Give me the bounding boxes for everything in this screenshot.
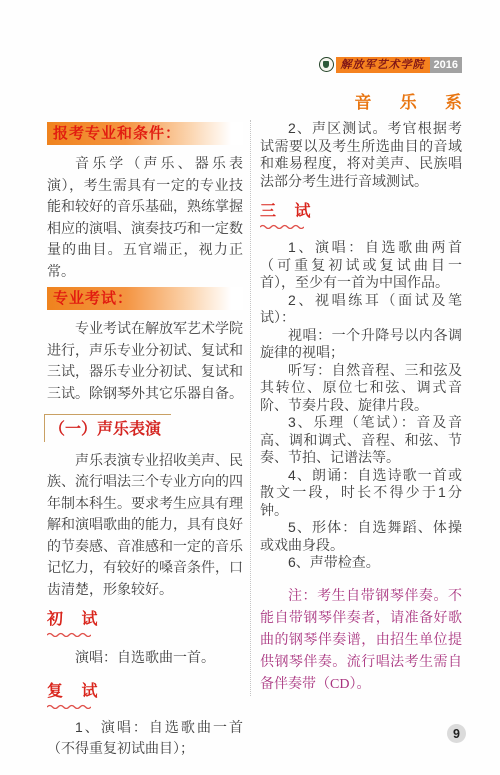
- paragraph-exam-body: 专业考试在解放军艺术学院进行，声乐专业分初试、复试和三试，器乐专业分初试、复试和…: [47, 318, 243, 404]
- page-number: 9: [447, 724, 466, 743]
- department-title: 音 乐 系: [319, 88, 474, 113]
- paragraph-third-round-item: 6、声带检查。: [260, 554, 462, 572]
- school-logo: 解放军艺术学院 2016: [319, 57, 462, 73]
- paragraph-second-round-continued: 2、声区测试。考官根据考试需要以及考生所选曲目的音域和难易程度，将对美声、民族唱…: [260, 120, 462, 190]
- right-column: 2、声区测试。考官根据考试需要以及考生所选曲目的音域和难易程度，将对美声、民族唱…: [250, 120, 462, 696]
- heading-first-round: 初 试: [47, 610, 243, 637]
- heading-second-round: 复 试: [47, 682, 243, 709]
- paragraph-third-round-item: 5、形体：自选舞蹈、体操或戏曲身段。: [260, 519, 462, 554]
- paragraph-second-round-item: 1、演唱：自选歌曲一首（不得重复初试曲目）；: [47, 717, 243, 760]
- emblem-shield-icon: [323, 61, 329, 68]
- wavy-underline-icon: [260, 223, 304, 229]
- section-heading-professional-exam: 专业考试：: [47, 287, 243, 310]
- page-header: 解放军艺术学院 2016 音 乐 系: [319, 55, 462, 113]
- first-round-title: 初 试: [47, 610, 243, 630]
- paragraph-third-round-item: 4、朗诵：自选诗歌一首或散文一段，时长不得少于1分钟。: [260, 467, 462, 520]
- paragraph-vocal-performance-body: 声乐表演专业招收美声、民族、流行唱法三个专业方向的四年制本科生。要求考生应具有理…: [47, 450, 243, 601]
- heading-third-round: 三 试: [260, 202, 462, 229]
- left-column: 报考专业和条件： 音乐学（声乐、器乐表演），考生需具有一定的专业技能和较好的音乐…: [47, 120, 243, 760]
- section-heading-majors-and-requirements: 报考专业和条件：: [47, 122, 243, 145]
- paragraph-first-round-item: 演唱：自选歌曲一首。: [47, 647, 243, 669]
- edition-year-badge: 2016: [430, 57, 462, 73]
- third-round-title: 三 试: [260, 202, 462, 222]
- paragraph-majors-body: 音乐学（声乐、器乐表演），考生需具有一定的专业技能和较好的音乐基础，熟练掌握相应…: [47, 153, 243, 282]
- paragraph-third-round-item: 1、演唱：自选歌曲两首（可重复初试或复试曲目一首），至少有一首为中国作品。: [260, 239, 462, 292]
- school-emblem-icon: [319, 57, 334, 72]
- wavy-underline-icon: [47, 703, 91, 709]
- paragraph-third-round-item: 听写：自然音程、三和弦及其转位、原位七和弦、调式音阶、节奏片段、旋律片段。: [260, 362, 462, 415]
- brochure-page: 解放军艺术学院 2016 音 乐 系 报考专业和条件： 音乐学（声乐、器乐表演）…: [0, 0, 500, 775]
- paragraph-third-round-item: 3、乐理（笔试）：音及音高、调和调式、音程、和弦、节奏、节拍、记谱法等。: [260, 414, 462, 467]
- paragraph-third-round-item: 视唱：一个升降号以内各调旋律的视唱；: [260, 327, 462, 362]
- wavy-underline-icon: [47, 631, 91, 637]
- second-round-title: 复 试: [47, 682, 243, 702]
- accompaniment-note: 注：考生自带钢琴伴奏。不能自带钢琴伴奏者，请准备好歌曲的钢琴伴奏谱，由招生单位提…: [260, 586, 462, 696]
- heading-vocal-performance: （一）声乐表演: [44, 414, 171, 442]
- school-name-banner: 解放军艺术学院: [336, 57, 430, 73]
- page-content: 报考专业和条件： 音乐学（声乐、器乐表演），考生需具有一定的专业技能和较好的音乐…: [47, 120, 462, 760]
- paragraph-third-round-item: 2、视唱练耳（面试及笔试）：: [260, 292, 462, 327]
